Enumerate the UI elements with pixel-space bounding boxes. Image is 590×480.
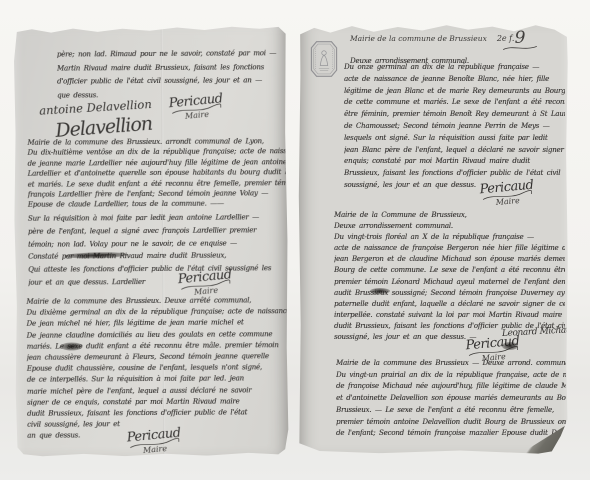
octagonal-revenue-stamp-icon [310, 39, 338, 79]
handwritten-line: Du dixième germinal an dix de la républi… [26, 306, 288, 319]
handwritten-line: Qui atteste les fonctions d'officier pub… [28, 262, 286, 276]
handwritten-line: françois Lardellier frère de l'enfant; S… [28, 188, 286, 200]
handwritten-line: paternelle dudit enfant, laquelle a décl… [334, 299, 565, 310]
mayor-signature: Pericaud Maire [171, 267, 239, 299]
handwritten-line: Epouse de claude Lardellier, tous de la … [28, 199, 286, 211]
handwritten-line: marie michel père de l'enfant, lequel a … [27, 385, 289, 398]
act-continuation-paragraph: père; non lad. Rimaud pour ne le savoir,… [57, 47, 285, 102]
page-header: Mairie de la commune de Brussieux 2e f. [350, 34, 514, 43]
handwritten-line: acte de naissance de françoise Bergeron … [334, 243, 565, 254]
act-michaud-paragraph: Mairie de la commune des Brussieux — Deu… [336, 358, 566, 440]
handwritten-line: de Chamousset; Second témoin jeanne Perr… [344, 121, 565, 133]
right-register-page: Mairie de la commune de Brussieux 2e f. … [298, 24, 568, 454]
act-bergeron-paragraph: Mairie de la Commune de Brussieux,Deuxe … [334, 210, 565, 343]
handwritten-line: Epouse dudit chaussière, cousine de l'en… [27, 362, 289, 375]
handwritten-line: Bourg de cette commune. Le sexe de l'enf… [334, 265, 565, 276]
handwritten-line: père de l'enfant, lequel a signé avec fr… [28, 224, 286, 238]
handwritten-line: Du onze germinal an dix de la république… [344, 62, 565, 74]
register-header-title: Mairie de la commune de Brussieux [350, 34, 487, 43]
handwritten-line: Du vingt-un prairial an dix de la républ… [336, 370, 566, 382]
handwritten-line: Mairie de la Commune de Brussieux, [334, 210, 565, 221]
mayor-signature: Pericaud Maire [473, 177, 541, 209]
handwritten-line: père; non lad. Rimaud pour ne le savoir,… [57, 47, 285, 62]
ink-blot [502, 342, 518, 350]
handwritten-line: et d'antoinette Delavellion son épouse m… [336, 393, 566, 405]
handwritten-line: premier témoin antoine Delavellion dudit… [336, 417, 566, 429]
mayor-signature-title: Maire [185, 110, 210, 121]
handwritten-line: Martin Rivaud maire dudit Brussieux, fai… [57, 61, 285, 76]
handwritten-line: jean Bergeron et de claudine Michaud son… [334, 254, 565, 265]
mayor-signature-title: Maire [495, 196, 520, 207]
handwritten-line: jour et an que dessus. Lardellier [28, 275, 286, 289]
handwritten-line: Deuxe arrondissement communal. [334, 221, 565, 232]
left-register-page: père; non lad. Rimaud pour ne le savoir,… [13, 25, 290, 457]
act-lardellier-paragraph: Mairie de la commune des Brussieux. arro… [27, 136, 285, 210]
handwritten-line: Mairie de la commune des Brussieux — Deu… [336, 358, 566, 370]
act-blanc-paragraph: Du onze germinal an dix de la république… [344, 62, 565, 192]
handwritten-line: enquis; constaté par moi Martin Rivaud m… [344, 156, 565, 168]
handwritten-line: audit Brussieux soussigné; Second témoin… [334, 288, 565, 299]
handwritten-line: de cette commune et mariés. Le sexe de l… [344, 97, 565, 109]
handwritten-line: légitime de jean Blanc et de marie Rey d… [344, 86, 565, 98]
handwritten-line: lesquels ont signé. Sur la réquisition a… [344, 133, 565, 145]
handwritten-line: d'officier public de l'état civil soussi… [57, 74, 285, 89]
handwritten-line: jean Blanc père de l'enfant, lequel a dé… [344, 145, 565, 157]
handwritten-line: acte de naissance de jeanne Benoîte Blan… [344, 74, 565, 86]
act-michel-paragraph: Mairie de la commune des Brussieux. Deux… [26, 295, 289, 442]
handwritten-line: Brussieux. — Le sexe de l'enfant a été r… [336, 405, 566, 417]
page-number: 9 [494, 30, 546, 52]
requisition-paragraph: Sur la réquisition à moi faite par ledit… [28, 211, 286, 289]
handwritten-line: premier témoin Léonard Michaud ayeul mat… [334, 277, 565, 288]
ink-blot [370, 288, 390, 294]
mayor-signature: Pericaud Maire [162, 91, 230, 123]
handwritten-line: de françoise Michaud née aujourd'huy, fi… [336, 381, 566, 393]
handwritten-line: de l'enfant; Second témoin françoise maz… [336, 428, 566, 440]
handwritten-line: être féminin, premier témoin Benoît Rey … [344, 109, 565, 121]
handwritten-line: Du vingt-trois floréal an X de la républ… [334, 232, 565, 243]
mayor-signature: Pericaud Maire [120, 425, 188, 457]
scan-background: père; non lad. Rimaud pour ne le savoir,… [0, 0, 590, 480]
handwritten-line: interpellée. constaté suivant la loi par… [334, 310, 565, 321]
